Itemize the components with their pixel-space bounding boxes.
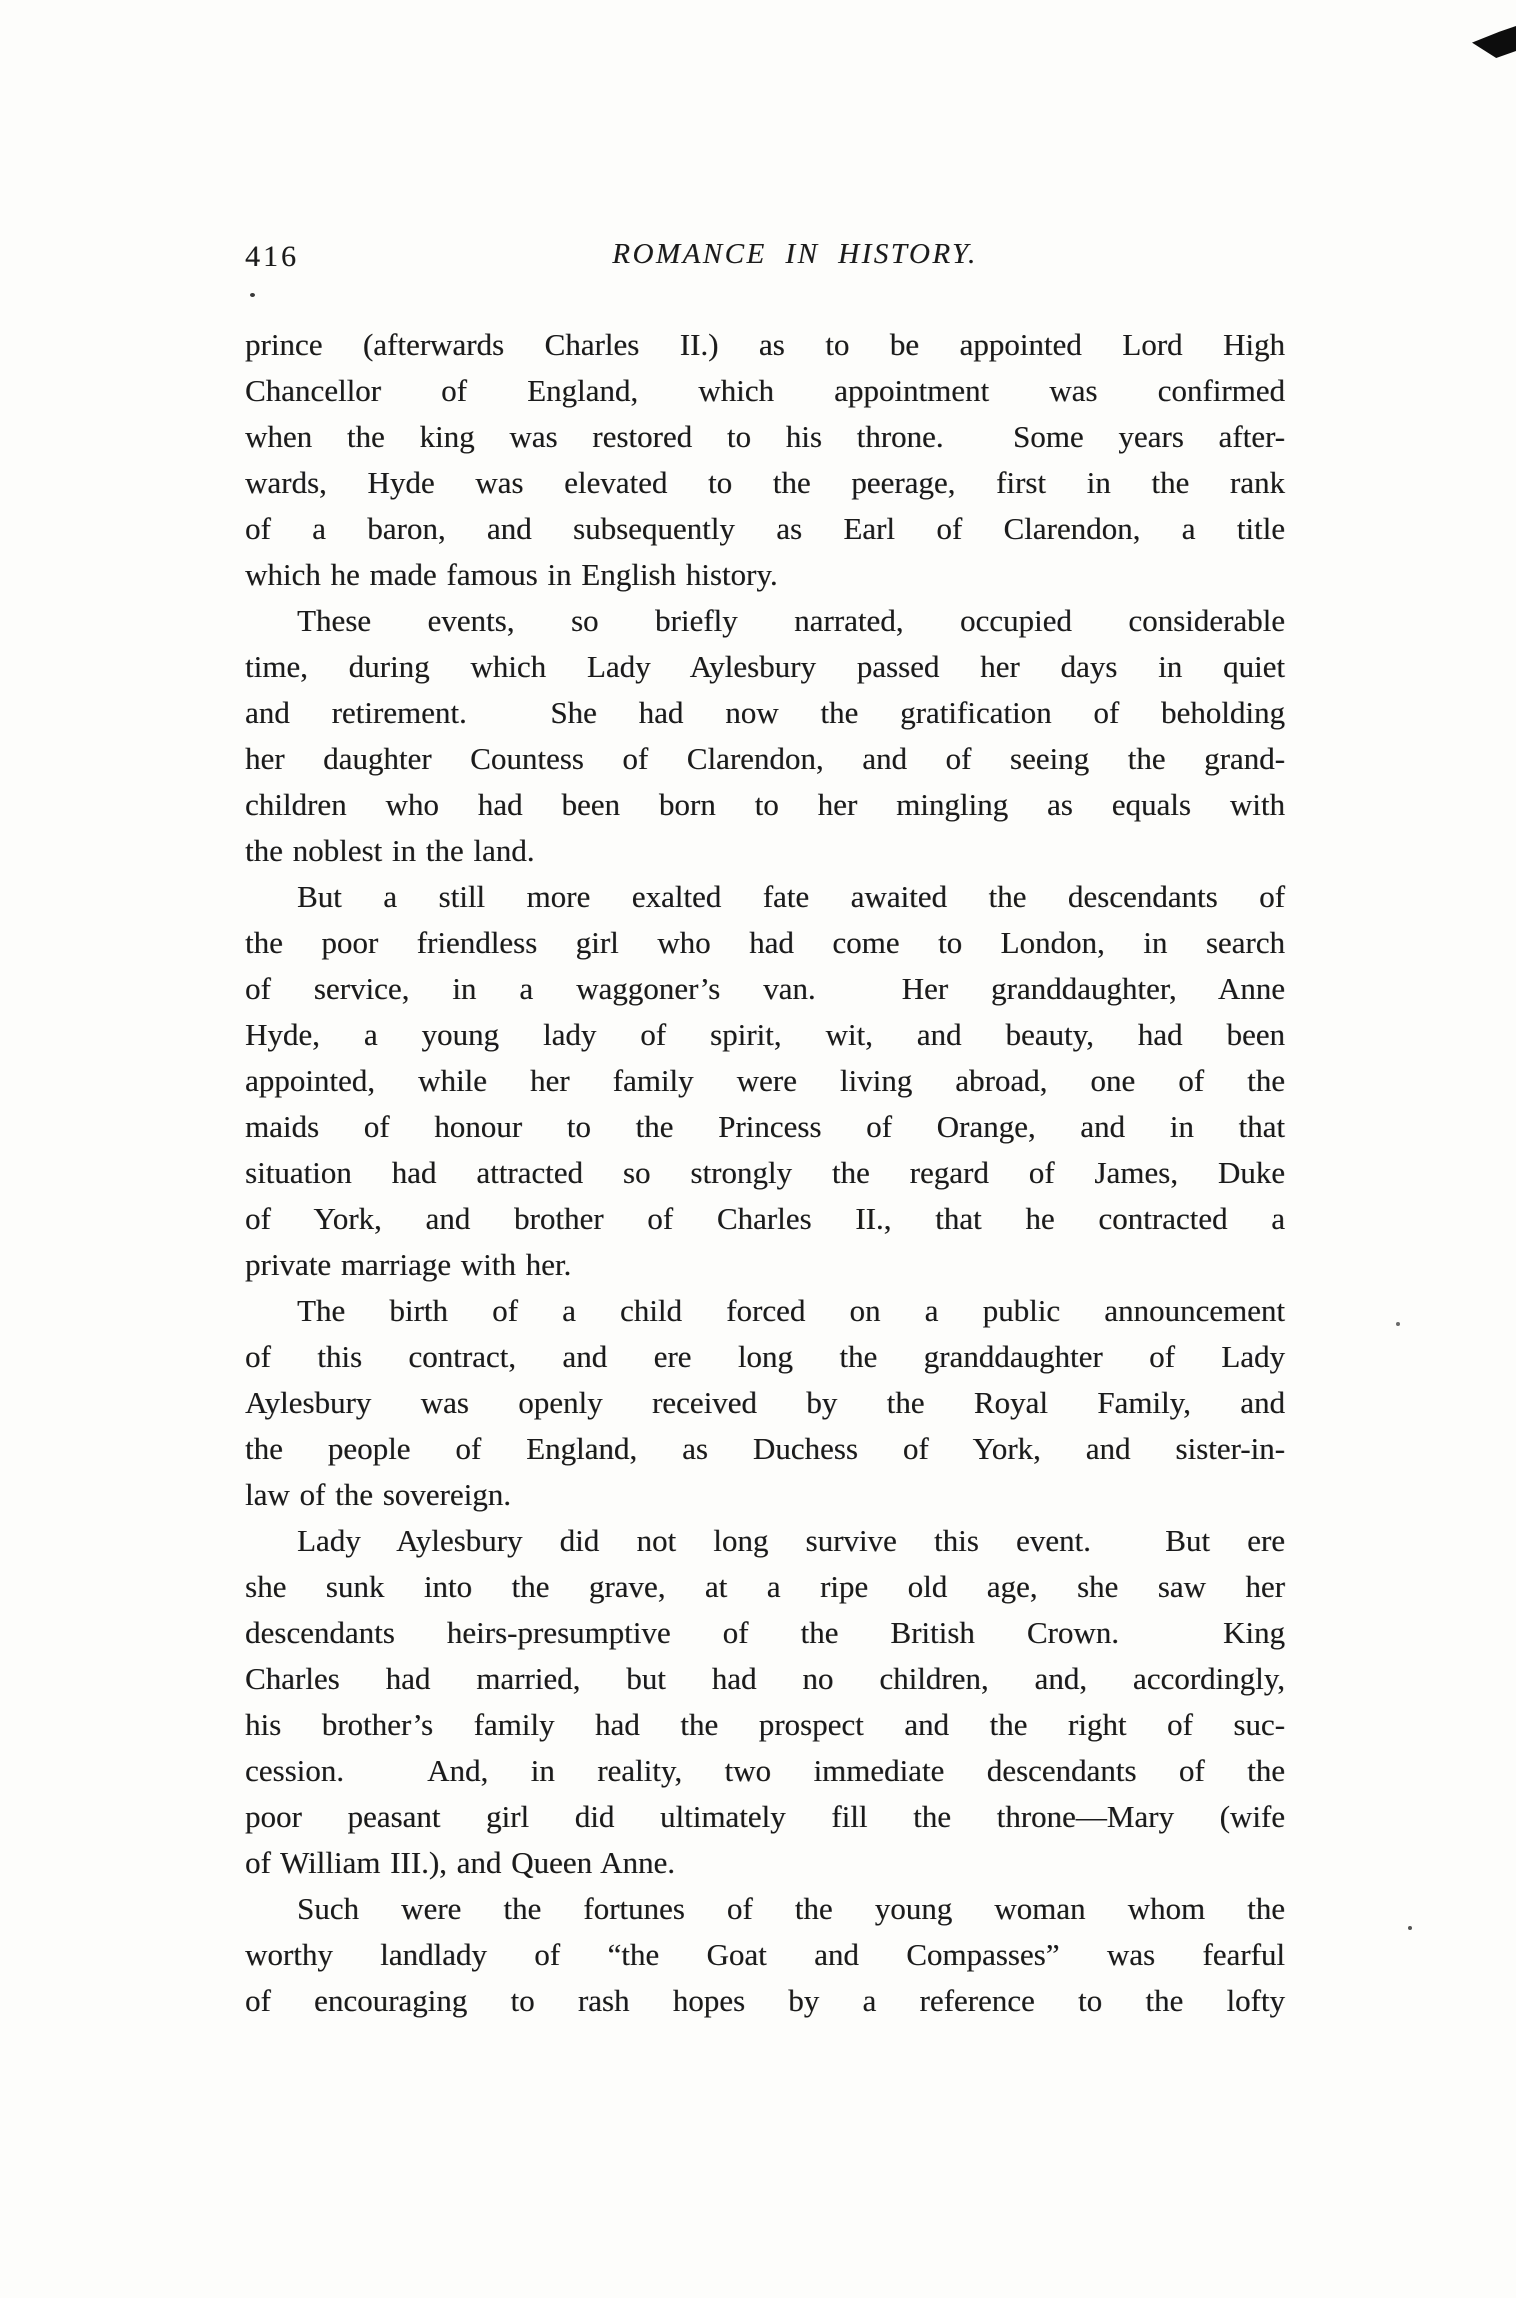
paragraph: But a still more exalted fate awaited th…	[245, 874, 1285, 1288]
paragraph: Lady Aylesbury did not long survive this…	[245, 1518, 1285, 1886]
scan-speck	[250, 293, 255, 297]
text-line: law of the sovereign.	[245, 1472, 1285, 1518]
page-body: prince (afterwards Charles II.) as to be…	[245, 322, 1285, 2024]
text-line: appointed, while her family were living …	[245, 1058, 1285, 1104]
paragraph: The birth of a child forced on a public …	[245, 1288, 1285, 1518]
scan-speck	[1396, 1322, 1400, 1326]
text-line: Chancellor of England, which appointment…	[245, 368, 1285, 414]
page-number: 416	[245, 240, 299, 274]
text-line: descendants heirs-presumptive of the Bri…	[245, 1610, 1285, 1656]
paragraph: Such were the fortunes of the young woma…	[245, 1886, 1285, 2024]
text-line: These events, so briefly narrated, occup…	[245, 598, 1285, 644]
text-line: Such were the fortunes of the young woma…	[245, 1886, 1285, 1932]
text-line: which he made famous in English history.	[245, 552, 1285, 598]
text-line: Hyde, a young lady of spirit, wit, and b…	[245, 1012, 1285, 1058]
text-line: when the king was restored to his throne…	[245, 414, 1285, 460]
text-line: of service, in a waggoner’s van. Her gra…	[245, 966, 1285, 1012]
text-line: children who had been born to her mingli…	[245, 782, 1285, 828]
text-line: private marriage with her.	[245, 1242, 1285, 1288]
text-line: worthy landlady of “the Goat and Compass…	[245, 1932, 1285, 1978]
text-line: time, during which Lady Aylesbury passed…	[245, 644, 1285, 690]
text-line: Aylesbury was openly received by the Roy…	[245, 1380, 1285, 1426]
text-line: the people of England, as Duchess of Yor…	[245, 1426, 1285, 1472]
scan-artifact-mark	[1472, 26, 1516, 58]
paragraph: prince (afterwards Charles II.) as to be…	[245, 322, 1285, 598]
book-page: 416 ROMANCE IN HISTORY. prince (afterwar…	[0, 0, 1516, 2298]
text-line: and retirement. She had now the gratific…	[245, 690, 1285, 736]
text-line: of this contract, and ere long the grand…	[245, 1334, 1285, 1380]
text-line: of William III.), and Queen Anne.	[245, 1840, 1285, 1886]
text-line: poor peasant girl did ultimately fill th…	[245, 1794, 1285, 1840]
paragraph: These events, so briefly narrated, occup…	[245, 598, 1285, 874]
text-line: the poor friendless girl who had come to…	[245, 920, 1285, 966]
scan-speck	[1408, 1926, 1412, 1930]
text-line: of a baron, and subsequently as Earl of …	[245, 506, 1285, 552]
text-line: of York, and brother of Charles II., tha…	[245, 1196, 1285, 1242]
text-line: her daughter Countess of Clarendon, and …	[245, 736, 1285, 782]
text-line: Charles had married, but had no children…	[245, 1656, 1285, 1702]
text-line: But a still more exalted fate awaited th…	[245, 874, 1285, 920]
text-line: Lady Aylesbury did not long survive this…	[245, 1518, 1285, 1564]
text-line: prince (afterwards Charles II.) as to be…	[245, 322, 1285, 368]
text-line: his brother’s family had the prospect an…	[245, 1702, 1285, 1748]
text-line: she sunk into the grave, at a ripe old a…	[245, 1564, 1285, 1610]
text-line: wards, Hyde was elevated to the peerage,…	[245, 460, 1285, 506]
text-line: cession. And, in reality, two immediate …	[245, 1748, 1285, 1794]
text-line: maids of honour to the Princess of Orang…	[245, 1104, 1285, 1150]
page-header: 416 ROMANCE IN HISTORY.	[245, 238, 1285, 290]
text-line: situation had attracted so strongly the …	[245, 1150, 1285, 1196]
text-line: the noblest in the land.	[245, 828, 1285, 874]
text-line: of encouraging to rash hopes by a refere…	[245, 1978, 1285, 2024]
running-title: ROMANCE IN HISTORY.	[612, 238, 977, 271]
text-line: The birth of a child forced on a public …	[245, 1288, 1285, 1334]
